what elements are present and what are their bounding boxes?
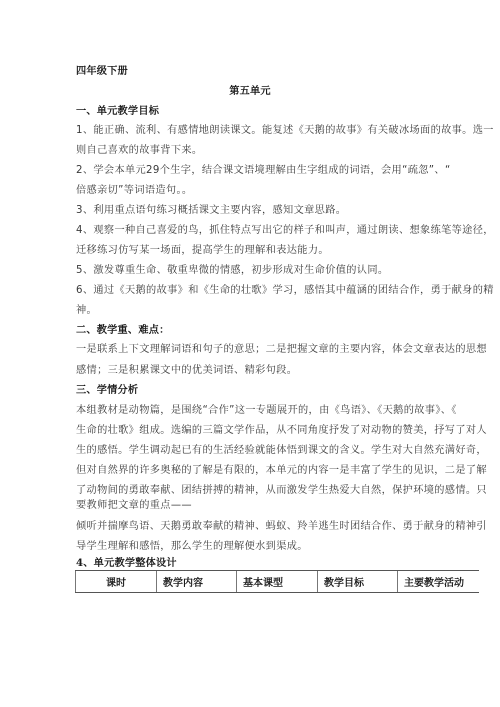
section-heading-design: 4、单元教学整体设计 xyxy=(76,556,177,570)
paragraph-line: 3、利用重点语句练习概括课文主要内容，感知文章思路。 xyxy=(76,204,346,218)
paragraph-line: 2、学会本单元29个生字，结合课文语境理解由生字组成的词语，会用“疏忽”、“ xyxy=(76,164,451,178)
table-header-cell: 基本课型 xyxy=(237,571,318,593)
paragraph-line: 倍感亲切”等词语造句。。 xyxy=(76,184,192,198)
paragraph-line: 生命的壮歌》组成。选编的三篇文学作品，从不同角度抒发了对动物的赞美，抒写了对人 xyxy=(76,424,487,438)
table-header-row: 课时 教学内容 基本课型 教学目标 主要教学活动 xyxy=(76,571,479,593)
paragraph-line: 4、观察一种自己喜爱的鸟，抓住特点写出它的样子和叫声，通过朗读、想象练笔等途径， xyxy=(76,224,494,238)
section-heading-key-points: 二、教学重、难点： xyxy=(76,323,170,337)
table-header-cell: 教学内容 xyxy=(157,571,237,593)
paragraph-line: 感情；三是积累课文中的优美词语、精彩句段。 xyxy=(76,364,297,378)
section-heading-objectives: 一、单元教学目标 xyxy=(76,104,159,118)
paragraph-line: 迁移练习仿写某一场面，提高学生的理解和表达能力。 xyxy=(76,244,329,258)
paragraph-line: 1、能正确、流利、有感情地朗读课文。能复述《天鹅的故事》有关破冰场面的故事。选一 xyxy=(76,124,494,138)
paragraph-line: 导学生理解和感悟，那么学生的理解便水到渠成。 xyxy=(76,540,308,554)
unit-design-table: 课时 教学内容 基本课型 教学目标 主要教学活动 xyxy=(75,570,479,593)
paragraph-line: 神。 xyxy=(76,304,97,318)
grade-label: 四年级下册 xyxy=(76,64,128,78)
table-header-cell: 主要教学活动 xyxy=(398,571,479,593)
paragraph-line: 则自己喜欢的故事背下来。 xyxy=(76,144,202,158)
paragraph-line: 倾听并揣摩鸟语、天鹅勇敢奉献的精神、蚂蚁、羚羊逃生时团结合作、勇于献身的精神引 xyxy=(76,520,487,534)
section-heading-analysis: 三、学情分析 xyxy=(76,383,138,397)
table-header-cell: 教学目标 xyxy=(318,571,398,593)
paragraph-line: 要教师把文章的重点—— xyxy=(76,499,192,513)
paragraph-line: 生的感悟。学生调动起已有的生活经验就能体悟到课文的含义。学生对大自然充满好奇， xyxy=(76,444,487,458)
paragraph-line: 但对自然界的许多奥秘的了解是有限的，本单元的内容一是丰富了学生的见识，二是了解 xyxy=(76,464,487,478)
paragraph-line: 5、激发尊重生命、敬重卑微的情感，初步形成对生命价值的认同。 xyxy=(76,264,388,278)
document-page: 四年级下册 第五单元 一、单元教学目标 1、能正确、流利、有感情地朗读课文。能复… xyxy=(0,0,500,707)
table-header-cell: 课时 xyxy=(76,571,157,593)
paragraph-line: 本组教材是动物篇，是围绕“合作”这一专题展开的，由《鸟语》、《天鹅的故事》、《 xyxy=(76,404,457,418)
paragraph-line: 一是联系上下文理解词语和句子的意思；二是把握文章的主要内容，体会文章表达的思想 xyxy=(76,343,487,357)
paragraph-line: 了动物间的勇敢奉献、团结拼搏的精神，从而激发学生热爱大自然，保护环境的感情。只 xyxy=(76,484,487,498)
unit-title: 第五单元 xyxy=(0,84,500,98)
paragraph-line: 6、通过《天鹅的故事》和《生命的壮歌》学习，感悟其中蕴涵的团结合作，勇于献身的精 xyxy=(76,284,494,298)
